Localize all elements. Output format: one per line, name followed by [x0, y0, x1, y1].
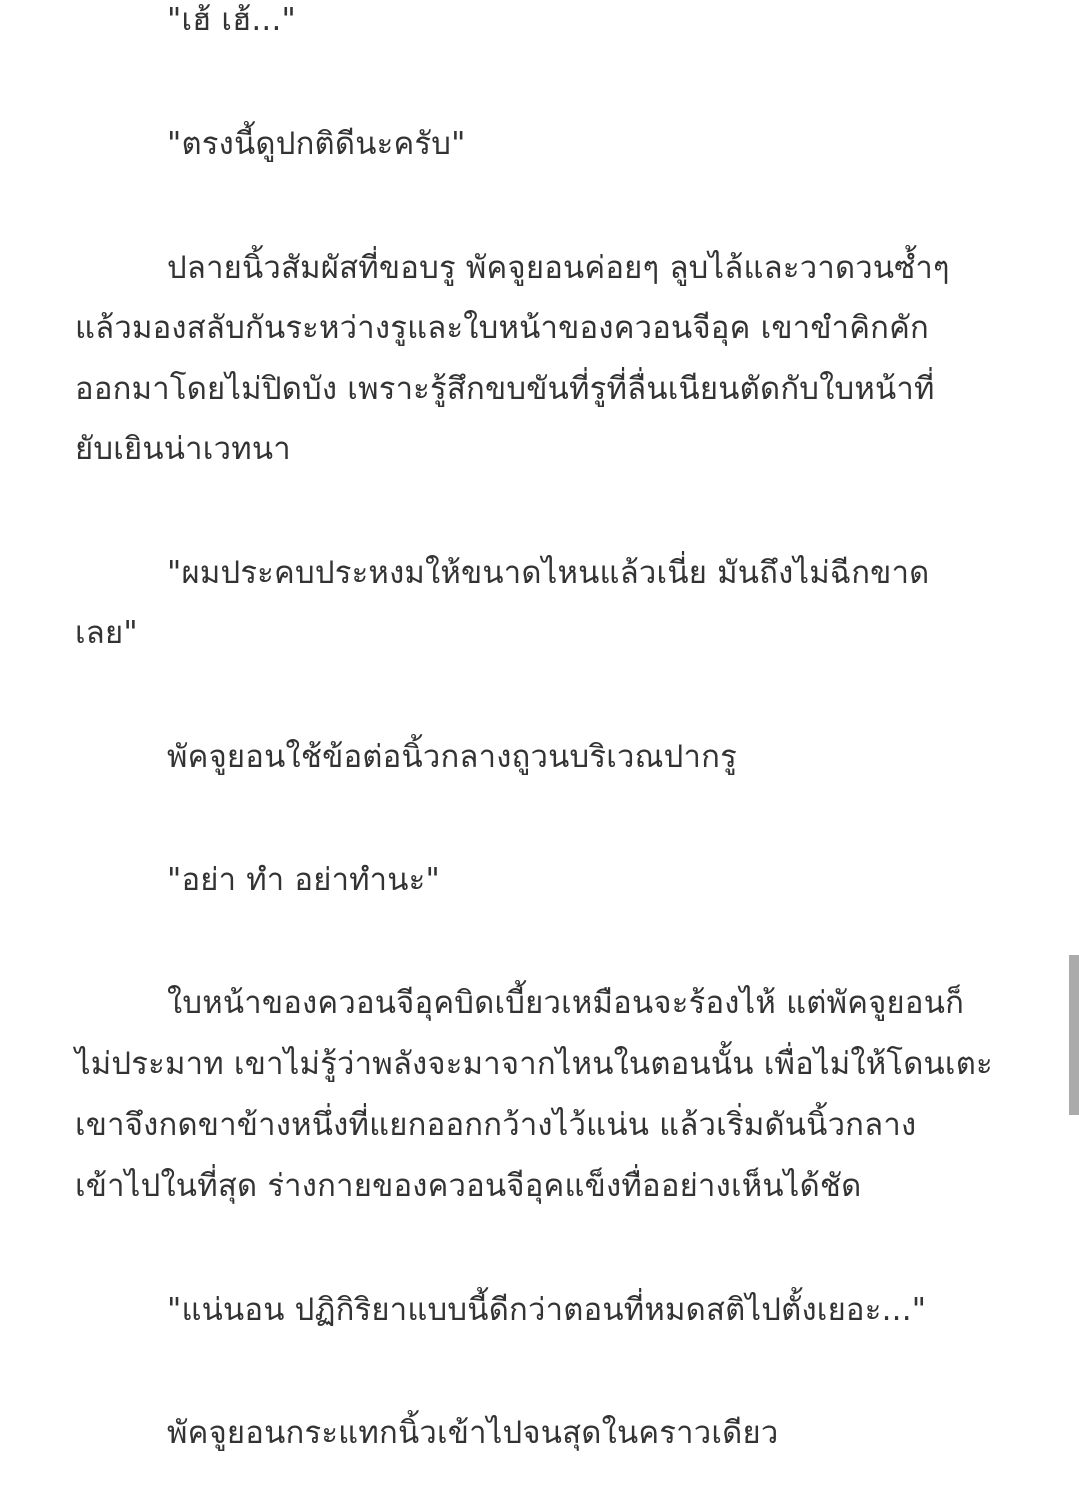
paragraph-line: ยับเยินน่าเวทนา	[75, 429, 291, 469]
paragraph-line: พัคจูยอนกระแทกนิ้วเข้าไปจนสุดในคราวเดียว	[167, 1413, 778, 1453]
paragraph-line: แล้วมองสลับกันระหว่างรูและใบหน้าของควอนจ…	[75, 308, 929, 348]
paragraph-line: ออกมาโดยไม่ปิดบัง เพราะรู้สึกขบขันที่รูท…	[75, 369, 935, 409]
vertical-scrollbar[interactable]	[1067, 0, 1079, 1500]
paragraph-line: "แน่นอน ปฏิกิริยาแบบนี้ดีกว่าตอนที่หมดสต…	[167, 1290, 926, 1330]
paragraph-line: "ผมประคบประหงมให้ขนาดไหนแล้วเนี่ย มันถึง…	[167, 553, 930, 593]
paragraph-line: ปลายนิ้วสัมผัสที่ขอบรู พัคจูยอนค่อยๆ ลูบ…	[167, 248, 950, 288]
paragraph-line: เขาจึงกดขาข้างหนึ่งที่แยกออกกว้างไว้แน่น…	[75, 1105, 916, 1145]
paragraph-line: พัคจูยอนใช้ข้อต่อนิ้วกลางถูวนบริเวณปากรู	[167, 737, 737, 777]
paragraph-line: เข้าไปในที่สุด ร่างกายของควอนจีอุคแข็งทื…	[75, 1166, 862, 1206]
paragraph-line: "ตรงนี้ดูปกติดีนะครับ"	[167, 124, 466, 164]
paragraph-line: เลย"	[75, 613, 138, 653]
paragraph-line: ใบหน้าของควอนจีอุคบิดเบี้ยวเหมือนจะร้องไ…	[167, 983, 964, 1023]
paragraph-line: ไม่ประมาท เขาไม่รู้ว่าพลังจะมาจากไหนในตอ…	[75, 1044, 993, 1084]
scrollbar-thumb[interactable]	[1069, 955, 1079, 1115]
paragraph-line: "อย่า ทำ อย่าทำนะ"	[167, 860, 440, 900]
reader-page: "เฮ้ เฮ้..." "ตรงนี้ดูปกติดีนะครับ" ปลาย…	[0, 0, 1079, 1500]
paragraph-line: "เฮ้ เฮ้..."	[167, 0, 296, 40]
